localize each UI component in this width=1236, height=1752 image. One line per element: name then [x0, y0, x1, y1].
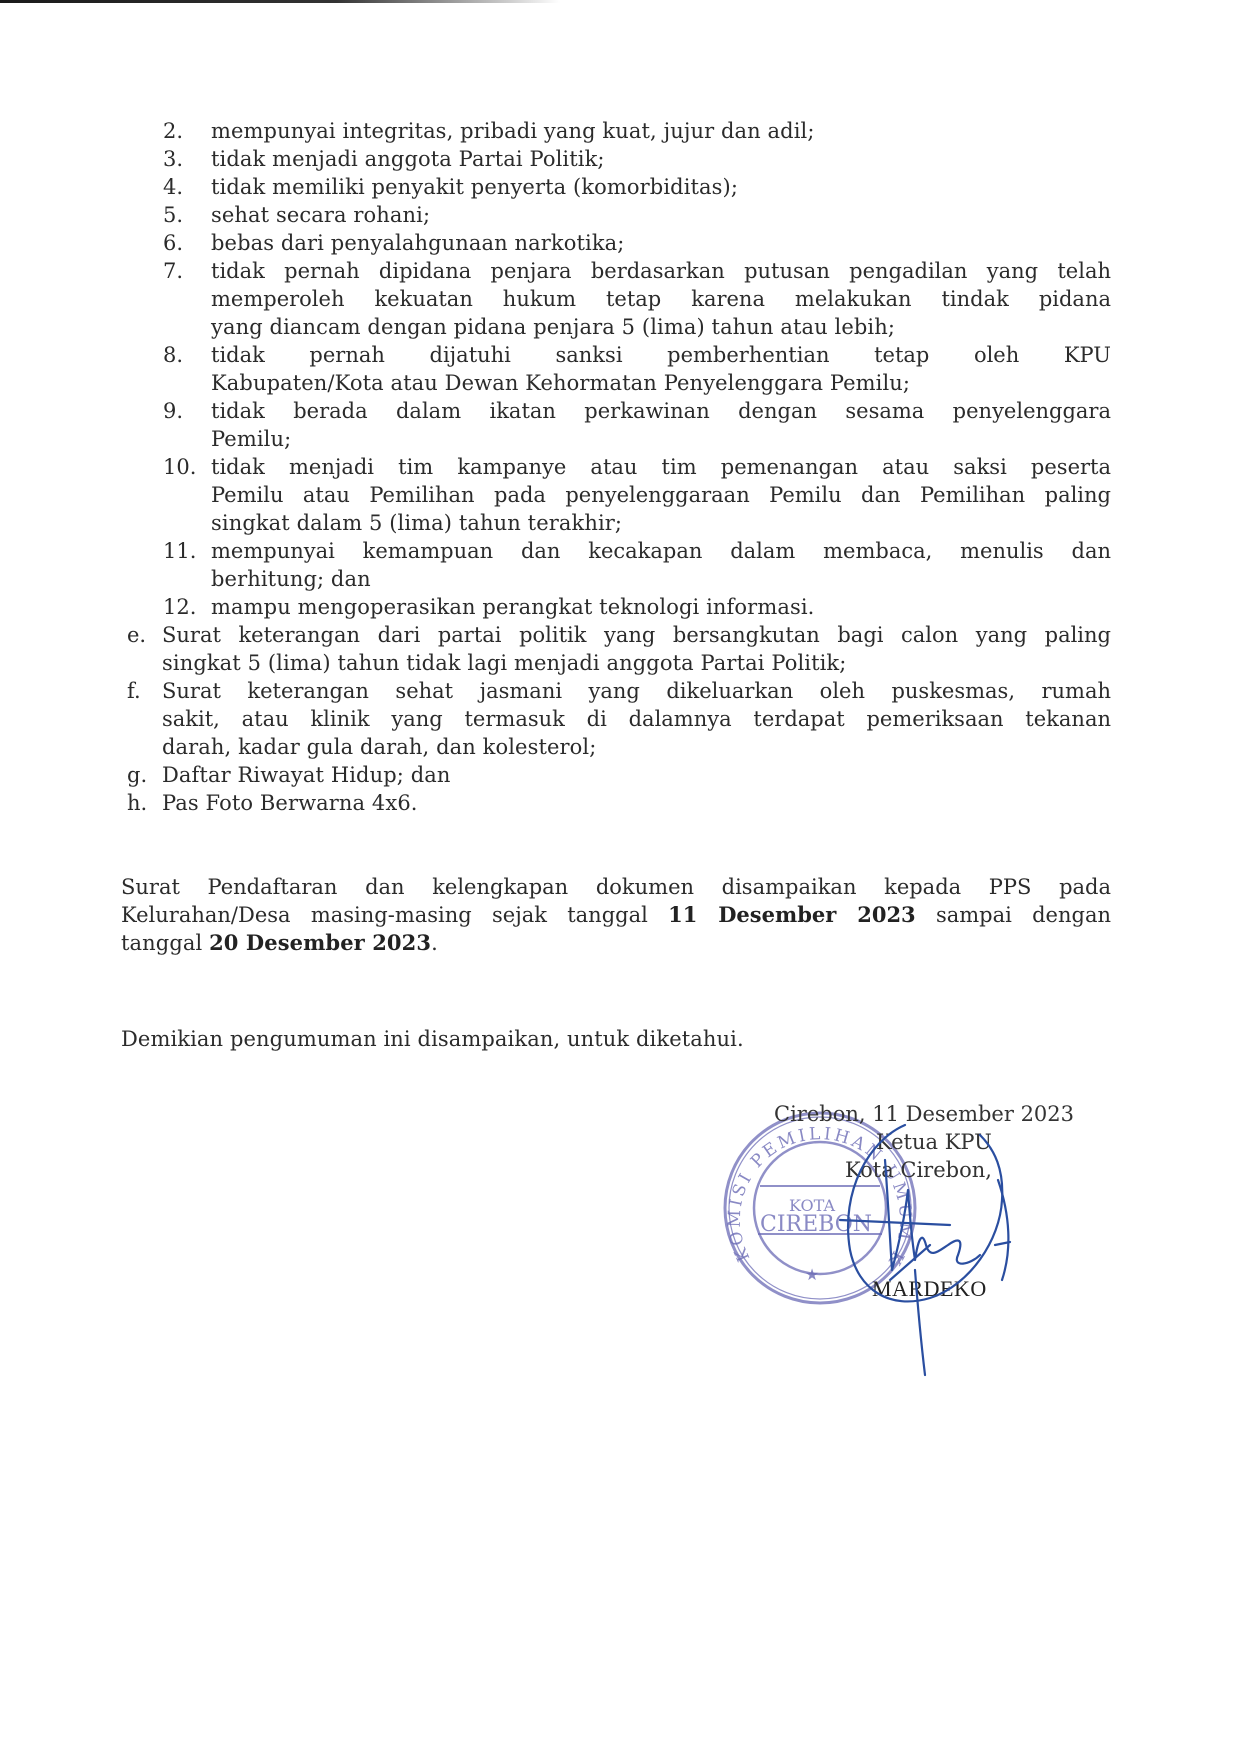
list-item-text: tidak menjadi anggota Partai Politik; [211, 145, 605, 173]
list-item-text: mempunyai kemampuan dan kecakapan dalam … [211, 537, 1111, 565]
list-item-text: Pemilu atau Pemilihan pada penyelenggara… [211, 481, 1111, 509]
paragraph-text: . [431, 931, 438, 955]
list-number: 11. [163, 537, 196, 565]
list-item-text: tidak menjadi tim kampanye atau tim peme… [211, 453, 1111, 481]
list-number: 3. [163, 145, 183, 173]
list-item-text: berhitung; dan [211, 565, 371, 593]
list-item-text: tidak berada dalam ikatan perkawinan den… [211, 397, 1111, 425]
list-item-text: tidak pernah dijatuhi sanksi pemberhenti… [211, 341, 1111, 369]
paragraph-text: Kelurahan/Desa masing-masing sejak tangg… [121, 903, 668, 927]
list-number: 9. [163, 397, 183, 425]
list-item-text: sehat secara rohani; [211, 201, 430, 229]
list-number: 5. [163, 201, 183, 229]
list-number: 8. [163, 341, 183, 369]
handwritten-signature-icon [830, 1120, 1030, 1380]
list-item-text: tidak memiliki penyakit penyerta (komorb… [211, 173, 738, 201]
list-item-text: tidak pernah dipidana penjara berdasarka… [211, 257, 1111, 285]
list-letter: f. [127, 677, 141, 705]
list-item-text: Daftar Riwayat Hidup; dan [162, 761, 451, 789]
list-number: 6. [163, 229, 183, 257]
list-item-text: Kabupaten/Kota atau Dewan Kehormatan Pen… [211, 369, 910, 397]
list-item-text: mampu mengoperasikan perangkat teknologi… [211, 593, 814, 621]
list-item-text: Pas Foto Berwarna 4x6. [162, 789, 418, 817]
document-page: 2. mempunyai integritas, pribadi yang ku… [0, 0, 1236, 1752]
paragraph-line: Kelurahan/Desa masing-masing sejak tangg… [121, 901, 1111, 929]
paragraph-line: tanggal 20 Desember 2023. [121, 929, 438, 957]
list-letter: e. [127, 621, 146, 649]
list-item-text: Surat keterangan sehat jasmani yang dike… [162, 677, 1111, 705]
list-number: 4. [163, 173, 183, 201]
list-item-text: Pemilu; [211, 425, 291, 453]
closing-statement: Demikian pengumuman ini disampaikan, unt… [121, 1025, 744, 1053]
paragraph-text: sampai dengan [916, 903, 1111, 927]
list-letter: h. [127, 789, 147, 817]
list-item-text: mempunyai integritas, pribadi yang kuat,… [211, 117, 815, 145]
list-item-text: bebas dari penyalahgunaan narkotika; [211, 229, 624, 257]
list-item-text: memperoleh kekuatan hukum tetap karena m… [211, 285, 1111, 313]
list-item-text: sakit, atau klinik yang termasuk di dala… [162, 705, 1111, 733]
start-date: 11 Desember 2023 [668, 902, 916, 927]
list-number: 7. [163, 257, 183, 285]
list-item-text: yang diancam dengan pidana penjara 5 (li… [211, 313, 895, 341]
list-item-text: Surat keterangan dari partai politik yan… [162, 621, 1111, 649]
list-item-text: singkat 5 (lima) tahun tidak lagi menjad… [162, 649, 846, 677]
list-number: 10. [163, 453, 196, 481]
list-item-text: darah, kadar gula darah, dan kolesterol; [162, 733, 596, 761]
paragraph-text: tanggal [121, 931, 209, 955]
list-letter: g. [127, 761, 147, 789]
end-date: 20 Desember 2023 [209, 930, 431, 955]
svg-text:★: ★ [805, 1265, 819, 1284]
list-number: 2. [163, 117, 183, 145]
list-item-text: singkat dalam 5 (lima) tahun terakhir; [211, 509, 622, 537]
list-number: 12. [163, 593, 196, 621]
paragraph-line: Surat Pendaftaran dan kelengkapan dokume… [121, 873, 1111, 901]
